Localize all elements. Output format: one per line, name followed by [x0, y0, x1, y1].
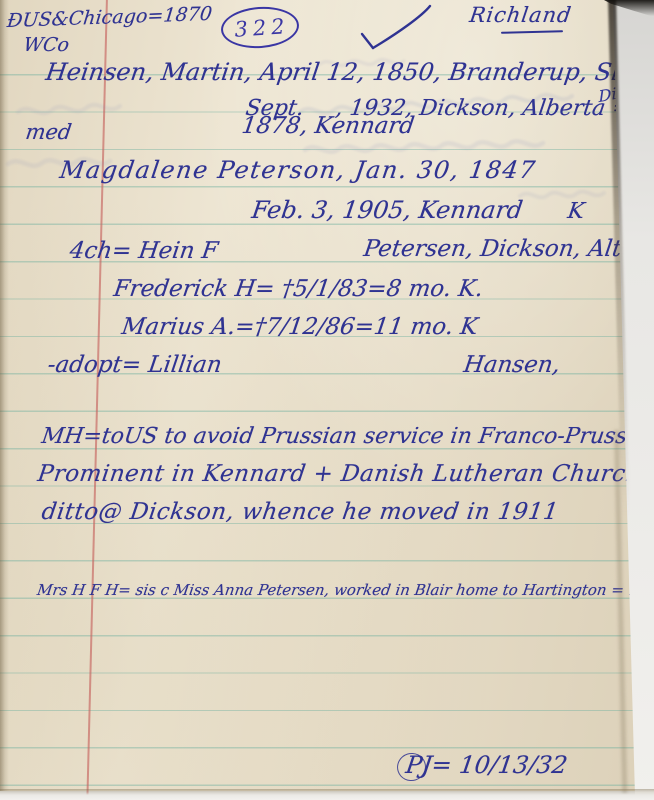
child-adopt-surname: Hansen,	[462, 352, 562, 378]
married-date: 1878, Kennard	[240, 113, 416, 139]
children-count-line: 4ch= Hein F	[68, 238, 220, 264]
note-line-3: ditto@ Dickson, whence he moved in 1911	[40, 499, 560, 525]
date-signature: PJ= 10/13/32	[404, 751, 569, 779]
record-name-line: Heinsen, Martin, April 12, 1850, Brander…	[44, 58, 654, 86]
gutter-shadow	[0, 0, 9, 791]
married-label: med	[24, 120, 73, 144]
child-frederick-line: Frederick H= †5/1/83=8 mo. K.	[112, 276, 485, 302]
note-line-1: MH=toUS to avoid Prussian service in Fra…	[40, 424, 654, 449]
child-marius-line: Marius A.=†7/12/86=11 mo. K	[120, 314, 479, 340]
spouse-death-line: Feb. 3, 1905, Kennard	[250, 196, 525, 224]
spouse-death-mark: K	[566, 199, 586, 224]
page-number: 322	[230, 13, 291, 41]
footnote-line: Mrs H F H= sis c Miss Anna Petersen, wor…	[36, 581, 654, 599]
scanned-ledger-page: ĐUS&Chicago=1870 WCo 322 Richland Heinse…	[0, 0, 654, 800]
spouse-line: Magdalene Peterson, Jan. 30, 1847	[58, 156, 538, 184]
child-adopt-line: -adopt= Lillian	[46, 352, 223, 378]
region-label: Richland	[468, 3, 573, 27]
corner-note-line2: WCo	[22, 34, 71, 56]
children-line-right: Petersen, Dickson, Alta.	[362, 236, 644, 262]
note-line-2: Prominent in Kennard + Danish Lutheran C…	[36, 461, 654, 487]
page-bottom-edge	[0, 789, 654, 800]
